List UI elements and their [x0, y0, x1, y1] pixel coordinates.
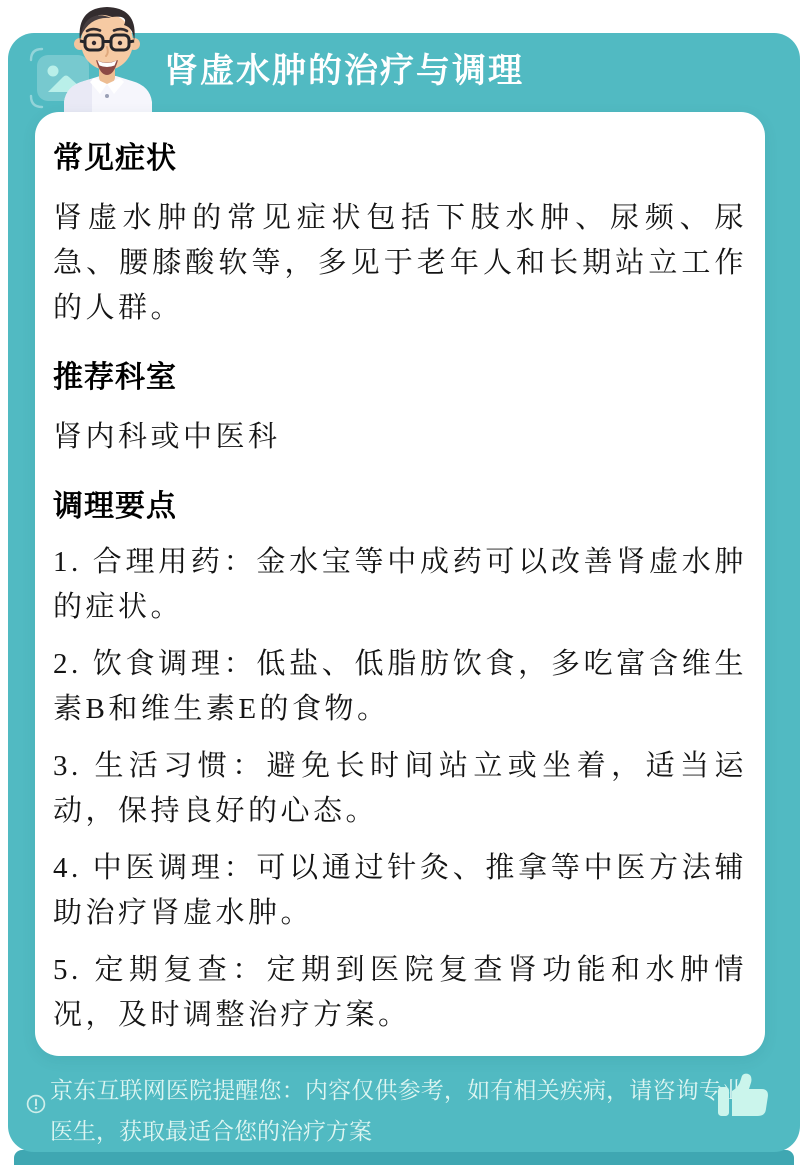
section-heading-care-points: 调理要点	[53, 486, 747, 528]
section-heading-symptoms: 常见症状	[53, 138, 747, 180]
care-point-item-4: 4. 中医调理：可以通过针灸、推拿等中医方法辅助治疗肾虚水肿。	[53, 846, 747, 936]
care-point-item-3: 3. 生活习惯：避免长时间站立或坐着，适当运动，保持良好的心态。	[53, 744, 747, 834]
footer-disclaimer: 京东互联网医院提醒您：内容仅供参考，如有相关疾病，请咨询专业医生，获取最适合您的…	[50, 1070, 745, 1152]
bottom-accent-strip	[14, 1150, 794, 1165]
info-icon	[26, 1094, 46, 1114]
page-title: 肾虚水肿的治疗与调理	[164, 50, 524, 92]
doctor-avatar	[54, 2, 160, 116]
care-point-item-5: 5. 定期复查：定期到医院复查肾功能和水肿情况，及时调整治疗方案。	[53, 948, 747, 1038]
symptoms-paragraph: 肾虚水肿的常见症状包括下肢水肿、尿频、尿急、腰膝酸软等，多见于老年人和长期站立工…	[53, 196, 747, 331]
health-poster: 肾虚水肿的治疗与调理 常见症状 肾虚水肿的常见症状包括下肢水肿、尿频、尿急、腰膝…	[0, 0, 800, 1165]
care-point-item-1: 1. 合理用药：金水宝等中成药可以改善肾虚水肿的症状。	[53, 540, 747, 630]
care-point-item-2: 2. 饮食调理：低盐、低脂肪饮食，多吃富含维生素B和维生素E的食物。	[53, 642, 747, 732]
content-card: 常见症状 肾虚水肿的常见症状包括下肢水肿、尿频、尿急、腰膝酸软等，多见于老年人和…	[35, 112, 765, 1056]
section-heading-department: 推荐科室	[53, 357, 747, 399]
department-paragraph: 肾内科或中医科	[53, 415, 747, 460]
thumbs-up-icon[interactable]	[716, 1072, 772, 1118]
